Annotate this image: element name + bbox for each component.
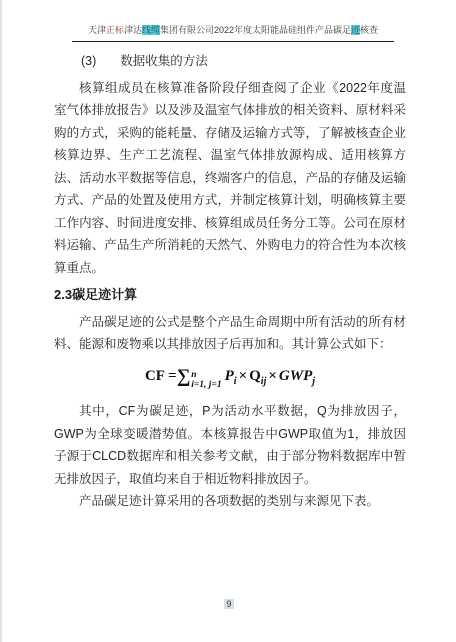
document-body: (3)数据收集的方法 核算组成员在核算准备阶段仔细查阅了企业《2022年度温室气… (54, 50, 406, 513)
formula-sigma-limits: ni=1, j=1 (191, 371, 221, 391)
formula-lhs: CF = (145, 368, 177, 384)
formula-multiply-sign: × (237, 368, 250, 384)
document-page: 天津正标津达线缆集团有限公司2022年度太阳能晶硅组件产品碳足迹核查 (3)数据… (0, 0, 456, 642)
header-title-segment-highlighted: 迹 (351, 25, 360, 35)
formula-sigma-lower: i=1, j=1 (191, 381, 221, 391)
section-heading-2-3: 2.3碳足迹计算 (54, 284, 406, 307)
paragraph-data-collection: 核算组成员在核算准备阶段仔细查阅了企业《2022年度温室气体排放报告》以及涉及温… (54, 77, 406, 280)
carbon-footprint-formula: CF =∑ni=1, j=1Pi×Qij×GWPj (54, 365, 406, 394)
header-title-segment: 津达 (124, 25, 142, 35)
page-footer: 9 (2, 594, 456, 612)
header-title-segment: 集团有限公司2022年度太阳能晶硅组件产品碳足 (160, 25, 351, 35)
formula-var-gwp: GWP (279, 368, 312, 384)
paragraph-formula-explanation: 其中，CF为碳足迹，P为活动水平数据，Q为排放因子，GWP为全球变暖潜势值。本核… (54, 400, 406, 490)
formula-var-p: P (225, 368, 234, 384)
header-title-segment: 天津 (88, 25, 106, 35)
list-item-3-title: 数据收集的方法 (120, 54, 208, 68)
list-item-3-heading: (3)数据收集的方法 (54, 50, 406, 73)
paragraph-data-sources: 产品碳足迹计算采用的各项数据的类别与来源见下表。 (54, 490, 406, 513)
header-title-segment-highlighted: 线缆 (142, 25, 160, 35)
header-title-segment: 核查 (360, 25, 378, 35)
formula-multiply-sign: × (266, 368, 279, 384)
header-title-segment-red: 正标 (106, 25, 124, 35)
formula-sigma-upper: n (191, 371, 221, 381)
paragraph-formula-intro: 产品碳足迹的公式是整个产品生命周期中所有活动的所有材料、能源和废物乘以其排放因子… (54, 311, 406, 356)
formula-sigma: ∑ (177, 366, 191, 387)
list-item-3-label: (3) (81, 54, 96, 68)
page-number: 9 (224, 599, 233, 609)
formula-sub-j: j (312, 376, 315, 387)
formula-var-q: Q (249, 368, 261, 384)
page-header: 天津正标津达线缆集团有限公司2022年度太阳能晶硅组件产品碳足迹核查 (72, 24, 394, 42)
